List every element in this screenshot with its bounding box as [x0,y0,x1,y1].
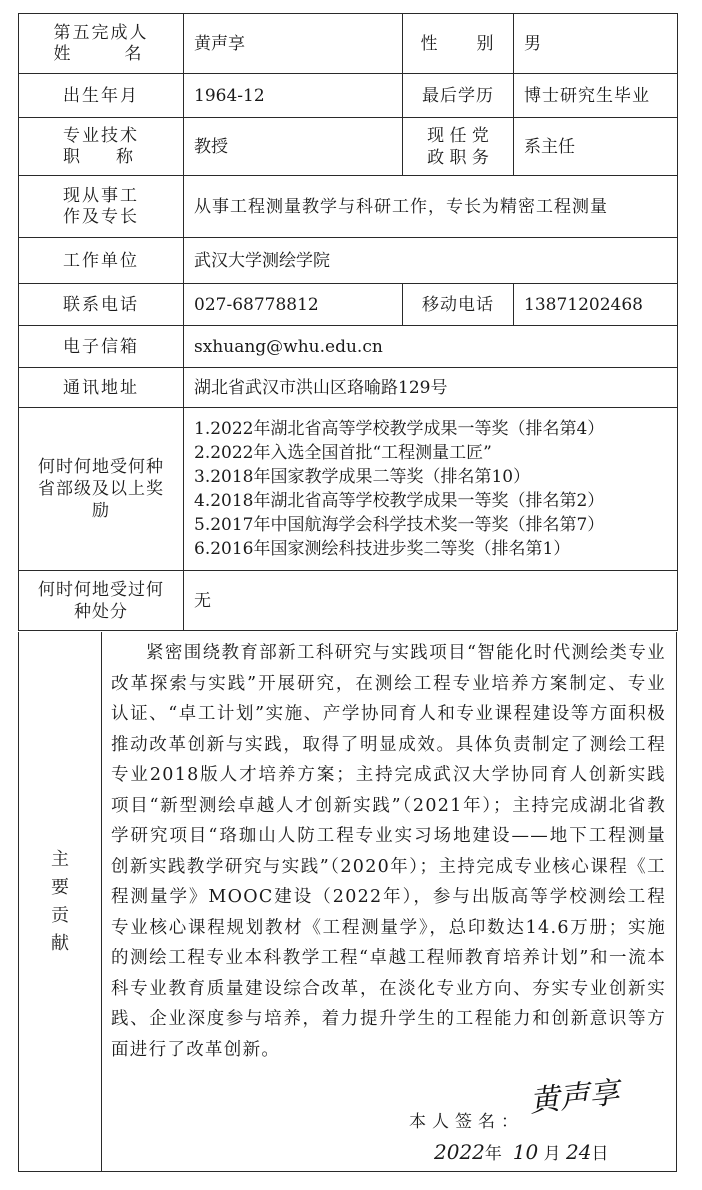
signature-date: 2022年 10 月 24日 [434,1139,608,1164]
work-label-line2: 作及专长 [63,207,139,228]
birth-label: 出生年月 [19,74,184,118]
date-year: 2022 [434,1140,485,1164]
education-value: 博士研究生毕业 [514,74,678,118]
contributions-section: 主 要 贡 献 紧密围绕教育部新工科研究与实践项目“智能化时代测绘类专业改革探索… [18,632,677,1172]
award-item: 1.2022年湖北省高等学校教学成果一等奖（排名第4） [194,417,677,441]
date-day: 24 [566,1140,591,1164]
row-phone: 联系电话 027-68778812 移动电话 13871202468 [19,284,678,326]
row-employer: 工作单位 武汉大学测绘学院 [19,238,678,284]
nominee-info-form: 第五完成人 姓名 黄声享 性 别 男 出生年月 1964-12 最后学历 博士研… [18,13,677,631]
title-label-line1: 专业技术 [63,126,139,147]
contributions-text: 紧密围绕教育部新工科研究与实践项目“智能化时代测绘类专业改革探索与实践”开展研究… [111,638,666,1065]
row-name: 第五完成人 姓名 黄声享 性 别 男 [19,14,678,74]
gender-label-char-b: 别 [477,34,496,54]
title-label-char-b: 称 [116,147,135,168]
date-month-unit: 月 [544,1144,561,1164]
punish-label-line2: 种处分 [19,601,183,623]
education-label: 最后学历 [403,74,514,118]
phone-label: 联系电话 [19,284,184,326]
awards-label-line3: 励 [19,500,183,522]
mobile-label: 移动电话 [403,284,514,326]
row-birth: 出生年月 1964-12 最后学历 博士研究生毕业 [19,74,678,118]
date-year-unit: 年 [485,1144,502,1164]
party-label-line1: 现 任 党 [403,125,513,147]
contrib-label-char: 献 [51,930,69,958]
name-label-line1: 第五完成人 [54,23,149,44]
award-item: 6.2016年国家测绘科技进步奖二等奖（排名第1） [194,537,677,561]
award-item: 3.2018年国家教学成果二等奖（排名第10） [194,465,677,489]
row-address: 通讯地址 湖北省武汉市洪山区珞喻路129号 [19,368,678,408]
gender-label: 性 别 [403,14,514,74]
handwritten-signature: 黄声享 [527,1067,621,1120]
punish-label: 何时何地受过何 种处分 [19,571,184,631]
title-label-char-a: 职 [63,147,82,168]
punish-label-line1: 何时何地受过何 [19,579,183,601]
awards-label-line2: 省部级及以上奖 [19,478,183,500]
contrib-label-char: 贡 [51,902,69,930]
mobile-value: 13871202468 [514,284,678,326]
name-value: 黄声享 [184,14,403,74]
contrib-label-char: 主 [51,846,69,874]
row-work: 现从事工 作及专长 从事工程测量教学与科研工作，专长为精密工程测量 [19,176,678,238]
name-label: 第五完成人 姓名 [19,14,184,74]
phone-value: 027-68778812 [184,284,403,326]
title-value: 教授 [184,118,403,176]
title-label: 专业技术 职称 [19,118,184,176]
employer-label: 工作单位 [19,238,184,284]
employer-value: 武汉大学测绘学院 [184,238,678,284]
email-value: sxhuang@whu.edu.cn [184,326,678,368]
row-email: 电子信箱 sxhuang@whu.edu.cn [19,326,678,368]
party-label-line2: 政 职 务 [403,147,513,169]
work-label-line1: 现从事工 [63,186,139,207]
award-item: 4.2018年湖北省高等学校教学成果一等奖（排名第2） [194,489,677,513]
email-label: 电子信箱 [19,326,184,368]
work-value: 从事工程测量教学与科研工作，专长为精密工程测量 [184,176,678,238]
info-table: 第五完成人 姓名 黄声享 性 别 男 出生年月 1964-12 最后学历 博士研… [18,13,678,631]
punish-value: 无 [184,571,678,631]
address-value: 湖北省武汉市洪山区珞喻路129号 [184,368,678,408]
awards-label: 何时何地受何种 省部级及以上奖 励 [19,408,184,571]
date-month: 10 [513,1140,538,1164]
awards-list: 1.2022年湖北省高等学校教学成果一等奖（排名第4） 2.2022年入选全国首… [184,408,678,571]
work-label: 现从事工 作及专长 [19,176,184,238]
awards-label-line1: 何时何地受何种 [19,456,183,478]
name-label-char-b: 名 [125,44,144,65]
award-item: 5.2017年中国航海学会科学技术奖一等奖（排名第7） [194,513,677,537]
name-label-char-a: 姓 [54,44,73,65]
gender-label-char-a: 性 [420,34,439,54]
contributions-label: 主 要 贡 献 [19,632,102,1171]
signature-label: 本人签名： [409,1107,524,1132]
date-day-unit: 日 [591,1144,608,1164]
address-label: 通讯地址 [19,368,184,408]
row-title: 专业技术 职称 教授 现 任 党 政 职 务 系主任 [19,118,678,176]
contrib-label-char: 要 [51,874,69,902]
party-value: 系主任 [514,118,678,176]
birth-value: 1964-12 [184,74,403,118]
row-punishment: 何时何地受过何 种处分 无 [19,571,678,631]
award-item: 2.2022年入选全国首批“工程测量工匠” [194,441,677,465]
gender-value: 男 [514,14,678,74]
row-awards: 何时何地受何种 省部级及以上奖 励 1.2022年湖北省高等学校教学成果一等奖（… [19,408,678,571]
party-label: 现 任 党 政 职 务 [403,118,514,176]
contributions-paragraph: 紧密围绕教育部新工科研究与实践项目“智能化时代测绘类专业改革探索与实践”开展研究… [111,638,666,1065]
